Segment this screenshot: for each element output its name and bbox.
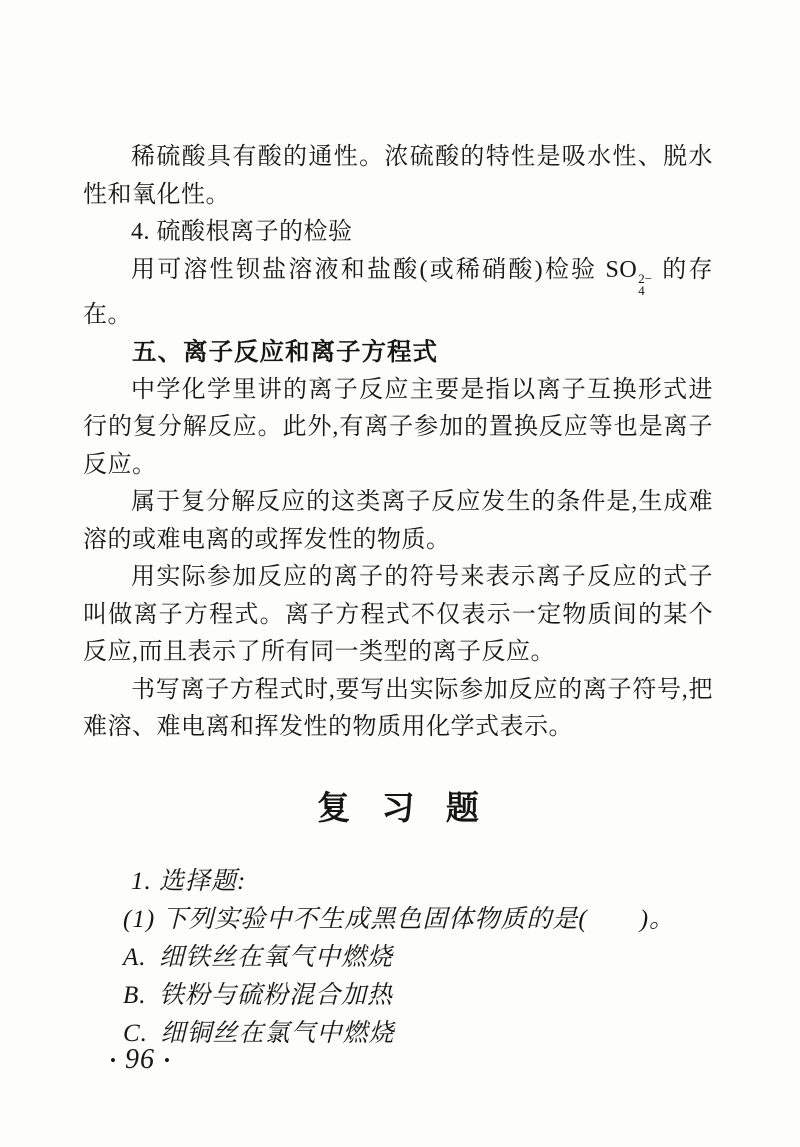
paragraph-ionic-equation: 用实际参加反应的离子的符号来表示离子反应的式子叫做离子方程式。离子方程式不仅表示… — [83, 559, 713, 672]
sulfate-ion-formula: SO2−4 — [606, 257, 655, 283]
option-b-label: B. — [123, 982, 147, 1009]
option-a: A.细铁丝在氧气中燃烧 — [83, 939, 713, 977]
textbook-page: 稀硫酸具有酸的通性。浓硫酸的特性是吸水性、脱水性和氧化性。 4. 硫酸根离子的检… — [0, 0, 800, 1147]
footer-page-number: 96 — [125, 1044, 155, 1076]
option-c: C.细铜丝在氯气中燃烧 — [83, 1015, 713, 1053]
paragraph-ionic-condition: 属于复分解反应的这类离子反应发生的条件是,生成难溶的或难电离的或挥发性的物质。 — [83, 484, 713, 559]
option-a-text: 细铁丝在氧气中燃烧 — [159, 944, 393, 971]
question-type-label: 1. 选择题: — [83, 863, 713, 901]
formula-subscript: 4 — [638, 285, 652, 297]
option-b: B.铁粉与硫粉混合加热 — [83, 977, 713, 1015]
option-c-text: 细铜丝在氯气中燃烧 — [160, 1020, 394, 1047]
review-questions-heading: 复习题 — [83, 789, 713, 827]
page-number: • 96 • — [110, 1044, 170, 1076]
paragraph-sulfate-test: 用可溶性钡盐溶液和盐酸(或稀硝酸)检验 SO2−4 的存在。 — [83, 252, 713, 335]
heading-sulfate-ion-test: 4. 硫酸根离子的检验 — [83, 214, 713, 252]
paragraph-ionic-definition: 中学化学里讲的离子反应主要是指以离子互换形式进行的复分解反应。此外,有离子参加的… — [83, 372, 713, 485]
page-content: 稀硫酸具有酸的通性。浓硫酸的特性是吸水性、脱水性和氧化性。 4. 硫酸根离子的检… — [83, 139, 713, 1053]
option-a-label: A. — [123, 944, 147, 971]
option-b-text: 铁粉与硫粉混合加热 — [159, 982, 393, 1009]
sulfate-test-text-pre: 用可溶性钡盐溶液和盐酸(或稀硝酸)检验 — [131, 257, 606, 283]
formula-charge-stack: 2−4 — [638, 273, 652, 297]
heading-ionic-reactions: 五、离子反应和离子方程式 — [83, 334, 713, 372]
paragraph-ionic-writing: 书写离子方程式时,要写出实际参加反应的离子符号,把难溶、难电离和挥发性的物质用化… — [83, 672, 713, 747]
footer-dot-left: • — [110, 1052, 116, 1069]
question-1-1: (1) 下列实验中不生成黑色固体物质的是( )。 — [83, 901, 713, 939]
review-questions-section: 1. 选择题: (1) 下列实验中不生成黑色固体物质的是( )。 A.细铁丝在氧… — [83, 859, 713, 1053]
option-c-label: C. — [123, 1020, 148, 1047]
paragraph-acid-properties: 稀硫酸具有酸的通性。浓硫酸的特性是吸水性、脱水性和氧化性。 — [83, 139, 713, 214]
footer-dot-right: • — [164, 1052, 170, 1069]
formula-base: SO — [606, 257, 638, 283]
